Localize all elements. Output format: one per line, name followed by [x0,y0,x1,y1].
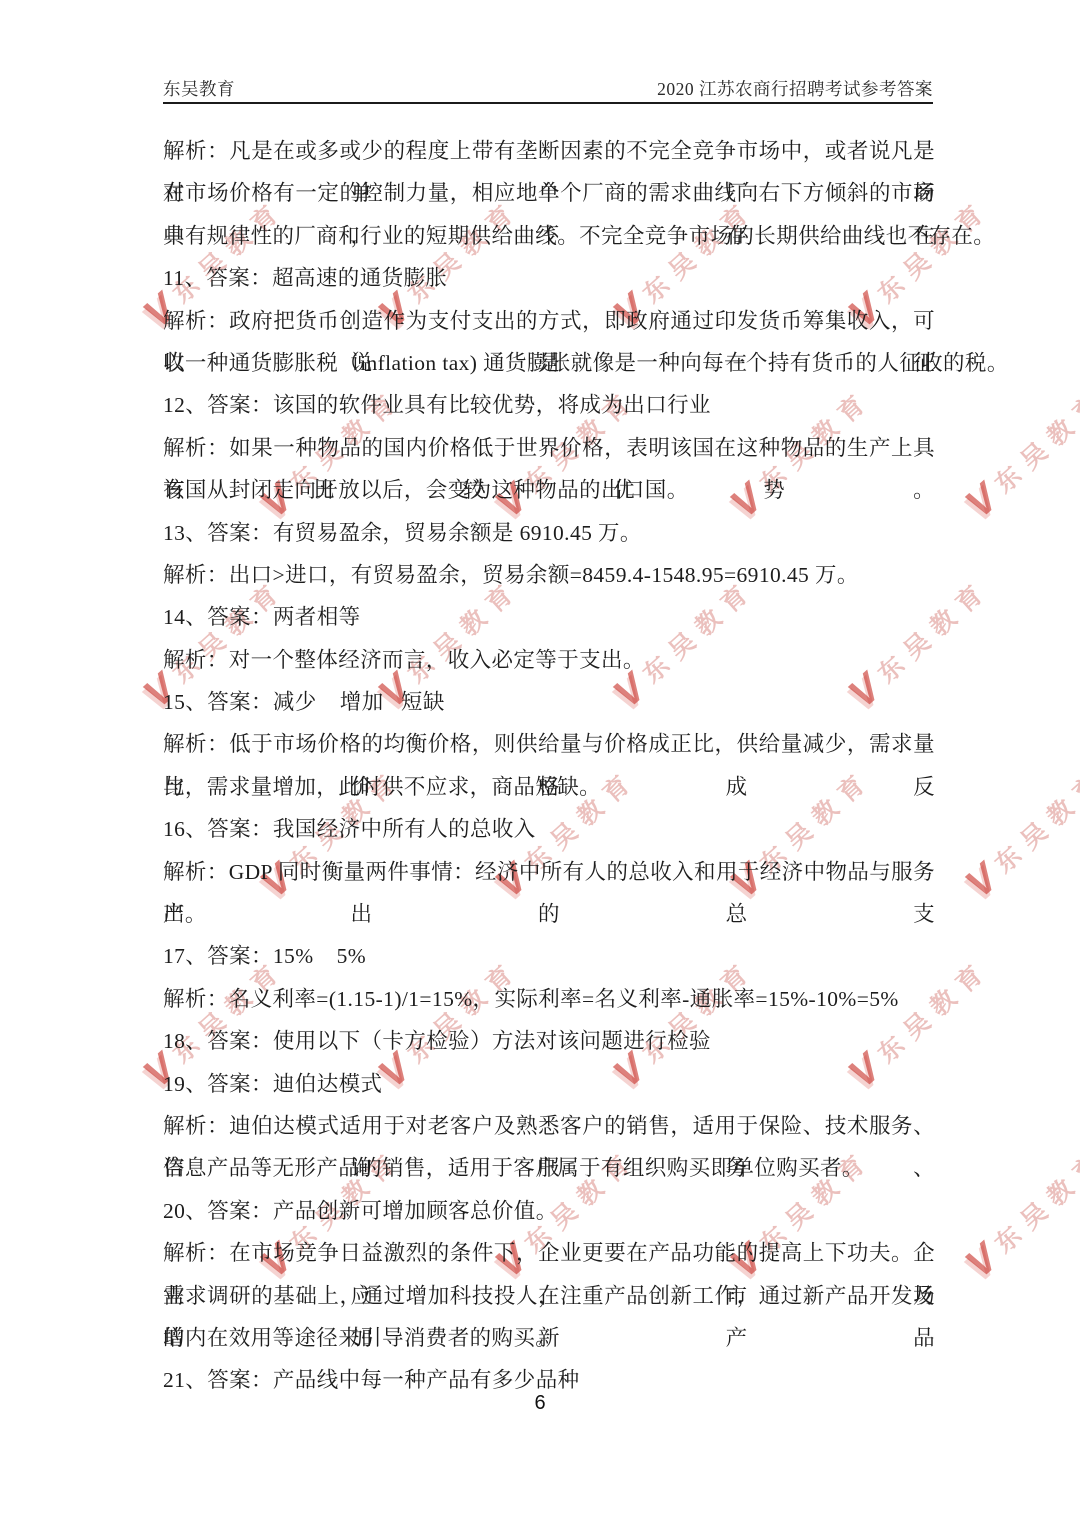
text-line: 19、答案：迪伯达模式 [163,1063,935,1105]
text-line: 解析：GDP 同时衡量两件事情：经济中所有人的总收入和用于经济中物品与服务产出的… [163,851,935,893]
text-line: 16、答案：我国经济中所有人的总收入 [163,808,935,850]
text-line: 15、答案：减少 增加 短缺 [163,681,935,723]
text-line: 对市场价格有一定的控制力量，相应地单个厂商的需求曲线向右下方倾斜的市场中，不存在 [163,172,935,214]
document-page: V东吴教育V东吴教育V东吴教育V东吴教育V东吴教育V东吴教育V东吴教育V东吴教育… [0,0,1080,1528]
text-line: 17、答案：15% 5% [163,935,935,977]
text-line: 解析：对一个整体经济而言，收入必定等于支出。 [163,639,935,681]
page-number: 6 [0,1392,1080,1415]
text-line: 解析：政府把货币创造作为支付支出的方式，即政府通过印发货币筹集收入，可以说是在征 [163,300,935,342]
text-line: 20、答案：产品创新可增加顾客总价值。 [163,1190,935,1232]
header-divider [163,102,933,104]
text-line: 具有规律性的厂商和行业的短期供给曲线。不完全竞争市场的长期供给曲线也不存在。 [163,215,935,257]
text-line: 需求调研的基础上，通过增加科技投人，注重产品创新工作，通过新产品开发及增加新产品 [163,1275,935,1317]
text-line: 解析：如果一种物品的国内价格低于世界价格，表明该国在这种物品的生产上具有比较优势… [163,427,935,469]
answer-sheet-body: 解析：凡是在或多或少的程度上带有垄断因素的不完全竞争市场中，或者说凡是在单个厂商… [163,130,935,1402]
text-line: 解析：名义利率=(1.15-1)/1=15%，实际利率=名义利率-通胀率=15%… [163,978,935,1020]
text-line: 信息产品等无形产品的销售，适用于客户属于有组织购买即单位购买者。 [163,1147,935,1189]
text-line: 12、答案：该国的软件业具有比较优势，将成为出口行业 [163,384,935,426]
watermark-brand-text: 东吴教育 [986,380,1080,500]
text-line: 收一种通货膨胀税（inflation tax) 通货膨胀就像是一种向每一个持有货… [163,342,935,384]
text-line: 解析：凡是在或多或少的程度上带有垄断因素的不完全竞争市场中，或者说凡是在单个厂商 [163,130,935,172]
text-line: 解析：在市场竞争日益激烈的条件下，企业更要在产品功能的提高上下功夫。企业应在市场 [163,1232,935,1274]
brand-v-logo-icon: V [959,1237,1006,1285]
watermark-unit: V东吴教育 [959,1138,1080,1285]
page-header: 东吴教育 2020 江苏农商行招聘考试参考答案 [163,76,933,101]
watermark-unit: V东吴教育 [959,378,1080,525]
header-brand: 东吴教育 [163,76,235,101]
text-line: 18、答案：使用以下（卡方检验）方法对该问题进行检验 [163,1020,935,1062]
text-line: 11、答案：超高速的通货膨胀 [163,257,935,299]
brand-v-logo-icon: V [959,857,1006,905]
text-line: 13、答案：有贸易盈余，贸易余额是 6910.45 万。 [163,512,935,554]
watermark-brand-text: 东吴教育 [986,1140,1080,1260]
header-doc-title: 2020 江苏农商行招聘考试参考答案 [657,76,933,101]
watermark-brand-text: 东吴教育 [986,760,1080,880]
brand-v-logo-icon: V [959,477,1006,525]
text-line: 14、答案：两者相等 [163,596,935,638]
text-line: 解析：低于市场价格的均衡价格，则供给量与价格成正比，供给量减少，需求量与价格成反 [163,723,935,765]
text-line: 解析：迪伯达模式适用于对老客户及熟悉客户的销售，适用于保险、技术服务、咨询服务、 [163,1105,935,1147]
watermark-unit: V东吴教育 [959,758,1080,905]
text-line: 解析：出口>进口，有贸易盈余，贸易余额=8459.4-1548.95=6910.… [163,554,935,596]
